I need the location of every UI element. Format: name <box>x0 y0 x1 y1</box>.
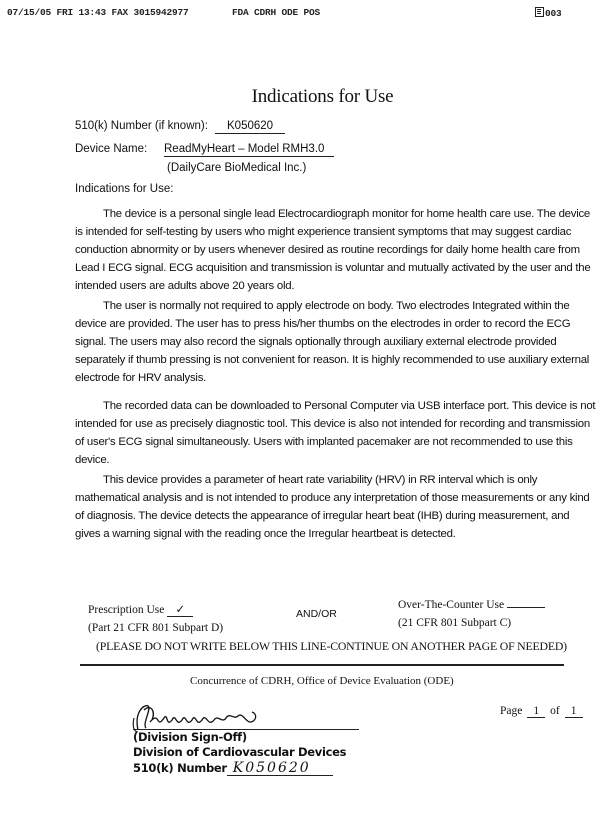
signoff-k-number: 510(k) NumberK050620 <box>133 761 333 776</box>
device-name-label: Device Name: <box>75 143 147 155</box>
division-name: Division of Cardiovascular Devices <box>133 745 346 759</box>
indications-paragraph: This device provides a parameter of hear… <box>75 471 597 543</box>
prescription-checkmark: ✓ <box>167 604 193 617</box>
device-company: (DailyCare BioMedical Inc.) <box>167 162 306 174</box>
signoff-k-number-value: K050620 <box>227 761 333 776</box>
indications-paragraph: The recorded data can be downloaded to P… <box>75 397 597 469</box>
indications-paragraph: The device is a personal single lead Ele… <box>75 205 597 295</box>
otc-use: Over-The-Counter Use <box>398 599 545 611</box>
fax-page-number: 003 <box>545 8 562 19</box>
prescription-cfr: (Part 21 CFR 801 Subpart D) <box>88 622 223 634</box>
page-total: 1 <box>565 706 583 718</box>
device-name-value: ReadMyHeart – Model RMH3.0 <box>164 143 334 157</box>
prescription-use: Prescription Use✓ <box>88 604 193 617</box>
indications-paragraph: The user is normally not required to app… <box>75 297 597 387</box>
divider <box>80 664 564 666</box>
page-current: 1 <box>527 706 545 718</box>
otc-cfr: (21 CFR 801 Subpart C) <box>398 617 511 629</box>
otc-blank <box>507 607 545 608</box>
concurrence-text: Concurrence of CDRH, Office of Device Ev… <box>190 675 454 687</box>
do-not-write-notice: (PLEASE DO NOT WRITE BELOW THIS LINE-CON… <box>96 639 567 654</box>
page-title: Indications for Use <box>0 86 600 108</box>
division-signoff: (Division Sign-Off) <box>133 730 247 744</box>
fax-header-middle: FDA CDRH ODE POS <box>232 7 320 18</box>
fax-page-icon <box>535 7 544 17</box>
k-number-label: 510(k) Number (if known): <box>75 120 208 132</box>
indications-heading: Indications for Use: <box>75 183 173 195</box>
fax-header-left: 07/15/05 FRI 13:43 FAX 3015942977 <box>7 7 189 18</box>
k-number-value: K050620 <box>215 120 285 134</box>
fax-header-page: 003 <box>535 7 562 19</box>
page-indicator: Page 1 of 1 <box>500 705 585 718</box>
and-or-label: AND/OR <box>296 608 337 620</box>
